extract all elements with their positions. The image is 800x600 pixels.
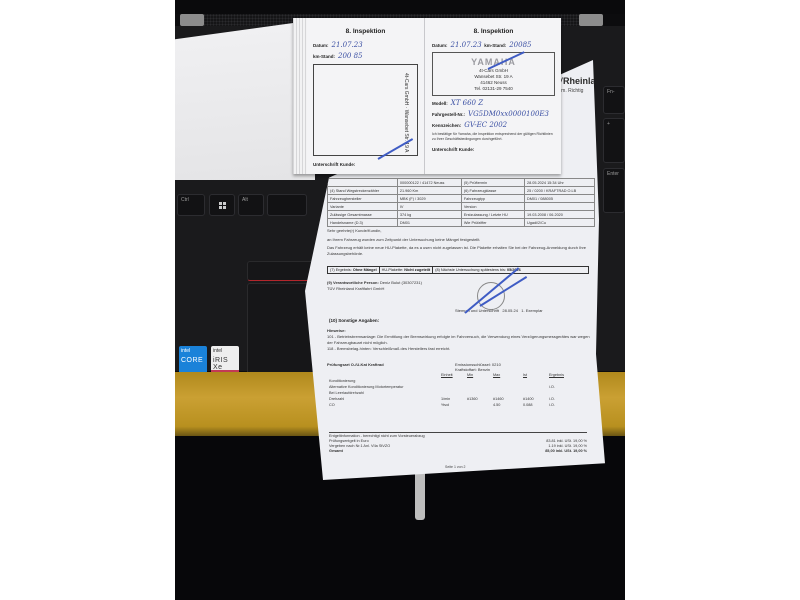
left-date-field: Datum:21.07.23 [313, 41, 418, 49]
left-signature-label: Unterschrift Kunde: [313, 162, 418, 167]
plate-field: Kennzeichen:GV-EC 2002 [432, 121, 555, 129]
greeting: Sehr geehrte(r) Kunde/Kundin, [327, 228, 595, 234]
key-plus: + [603, 118, 625, 163]
measurement-cell [467, 403, 493, 409]
vehicle-table-cell: DM01 [397, 219, 461, 227]
vehicle-table-cell: Handelsname (D.3) [328, 219, 398, 227]
emission-measurements-table: EinheitMinMaxIstErgebnisKonditionierungA… [329, 373, 587, 409]
laptop-bezel [175, 0, 625, 14]
vehicle-table-row: VarianteIVVersion [328, 203, 595, 211]
intel-core-sticker: intel CORE [179, 346, 207, 374]
total-amount: 85,00 inkl. USt. 19,00 % [545, 449, 587, 454]
booklet-page-edges [293, 18, 307, 174]
vehicle-table-cell: Fahrzeughersteller [328, 195, 398, 203]
section-10-title: (10) Sonstige Angaben: [329, 318, 379, 323]
measurement-cell: %vol [441, 403, 467, 409]
hints-title: Hinweise: [327, 328, 595, 334]
responsible-person: (9) Verantwortliche Person: Deniz Bulut … [327, 280, 595, 286]
vehicle-data-table: 000000122 / 41472 Neuss(5) Prüftermin28.… [327, 178, 595, 227]
right-signature-label: Unterschrift Kunde: [432, 147, 555, 152]
vin-field: Fahrgestell-Nr.:VG5DM0xx0000100E3 [432, 110, 555, 118]
vehicle-table-cell: 25 / 0200 / KRAFTRAD O.LB [525, 187, 595, 195]
key-minus: Fn- [603, 86, 625, 114]
responsible-company: TÜV Rheinland Kraftfahrt GmbH [327, 286, 595, 292]
hint-118: 118 - Bremsbelag-hinten: Verschleißmaß d… [327, 346, 595, 352]
vehicle-table-row: (4) Stand Wegstreckenzähler21.960 Km(6) … [328, 187, 595, 195]
vehicle-table-cell: Erstzulassung / Letzte HU [461, 211, 524, 219]
sticker-note: Das Fahrzeug erhält keine neue HU-Plaket… [327, 245, 595, 256]
stamp-signature-line: Stempel und Unterschrift 28.05.24 1. Exe… [455, 308, 595, 314]
windows-logo-icon [219, 202, 226, 209]
vehicle-table-cell: IV [397, 203, 461, 211]
vehicle-table-cell: Version [461, 203, 524, 211]
left-km-field: km-Stand:200 85 [313, 52, 418, 60]
key-enter: Enter [603, 168, 625, 213]
intel-iris-sticker: intel iRIS Xe [211, 346, 239, 374]
measurement-cell: 0.088 [523, 403, 549, 409]
vehicle-table-cell: Zulässige Gesamtmasse [328, 211, 398, 219]
measurement-row: CO%vol4.500.088i.O. [329, 403, 587, 409]
vehicle-table-cell: (4) Stand Wegstreckenzähler [328, 187, 398, 195]
vehicle-table-cell: Variante [328, 203, 398, 211]
left-page-title: 8. Inspektion [313, 28, 418, 35]
vehicle-table-cell: 19.03.2008 / 06.2020 [525, 211, 595, 219]
vehicle-table-cell: 374 kg [397, 211, 461, 219]
vehicle-table-cell: MBK (F) / 3029 [397, 195, 461, 203]
measurement-cell: CO [329, 403, 441, 409]
service-booklet: 8. Inspektion Datum:21.07.23 km-Stand:20… [293, 18, 561, 174]
vehicle-table-row: Handelsname (D.3)DM01Wie PrüfzifferUgadi… [328, 219, 595, 227]
fuel-type: Kraftstoffart: Benzin [455, 367, 575, 373]
key-space [267, 194, 307, 216]
vehicle-table-cell: 28.05.2024 15:34 Uhr [525, 179, 595, 187]
total-label: Gesamt [329, 449, 343, 454]
booklet-right-page: 8. Inspektion Datum:21.07.23 km-Stand:20… [426, 18, 561, 174]
vehicle-table-row: FahrzeugherstellerMBK (F) / 3029Fahrzeug… [328, 195, 595, 203]
hint-101: 101 - Betriebsbremsanlage: Die Ermittlun… [327, 334, 595, 345]
result-cell: (7) Ergebnis: Ohne Mängel [328, 267, 380, 273]
measurement-cell: i.O. [549, 403, 577, 409]
fee-section: Entgeltinformation - berechtigt nicht zu… [329, 432, 587, 454]
vehicle-table-row: Zulässige Gesamtmasse374 kgErstzulassung… [328, 211, 595, 219]
vehicle-table-cell: Ugadi/2/Cu [525, 219, 595, 227]
dealer-stamp: YAMAHA 4t-Cars GmbH Wansebet Str. 19 A 4… [432, 52, 555, 96]
inspection-note: Ich bestätige für Yamaha, die Inspektion… [432, 132, 555, 141]
cable [415, 470, 425, 520]
measurement-cell: 4.50 [493, 403, 523, 409]
no-defects-text: an Ihrem Fahrzeug wurden zum Zeitpunkt d… [327, 237, 595, 243]
vehicle-table-row: 000000122 / 41472 Neuss(5) Prüftermin28.… [328, 179, 595, 187]
vehicle-table-cell [328, 179, 398, 187]
right-page-title: 8. Inspektion [432, 28, 555, 35]
vehicle-table-cell: DM01 / 088005 [525, 195, 595, 203]
hinge-left [180, 14, 204, 26]
left-dealer-stamp: 4t-Cars GmbH · Wansebet Str. 19 A [313, 64, 418, 156]
vehicle-table-cell [525, 203, 595, 211]
vehicle-table-cell: 21.960 Km [397, 187, 461, 195]
vehicle-table-cell: Wie Prüfziffer [461, 219, 524, 227]
inspection-result-row: (7) Ergebnis: Ohne Mängel HU-Plakette: N… [327, 266, 589, 274]
right-date-field: Datum:21.07.23 km-Stand:20085 [432, 41, 555, 49]
vehicle-table-cell: (6) Fahrzeugklasse [461, 187, 524, 195]
vehicle-table-cell: 000000122 / 41472 Neuss [397, 179, 461, 187]
photo: Ctrl Alt Fn- + Enter intel CORE intel iR… [175, 0, 625, 600]
sticker-cell: HU-Plakette: Nicht zugeteilt [380, 267, 434, 273]
model-field: Modell:XT 660 Z [432, 99, 555, 107]
vehicle-table-cell: (5) Prüftermin [461, 179, 524, 187]
test-type: Prüfungsart O-/U-Kat Kraftrad [327, 362, 437, 368]
key-ctrl: Ctrl [177, 194, 205, 216]
key-alt: Alt [238, 194, 264, 216]
booklet-left-page: 8. Inspektion Datum:21.07.23 km-Stand:20… [307, 18, 425, 174]
vehicle-table-cell: Fahrzeugtyp [461, 195, 524, 203]
hinge-right [579, 14, 603, 26]
key-windows [209, 194, 235, 216]
page-number: Seite 1 von 2 [445, 465, 465, 469]
